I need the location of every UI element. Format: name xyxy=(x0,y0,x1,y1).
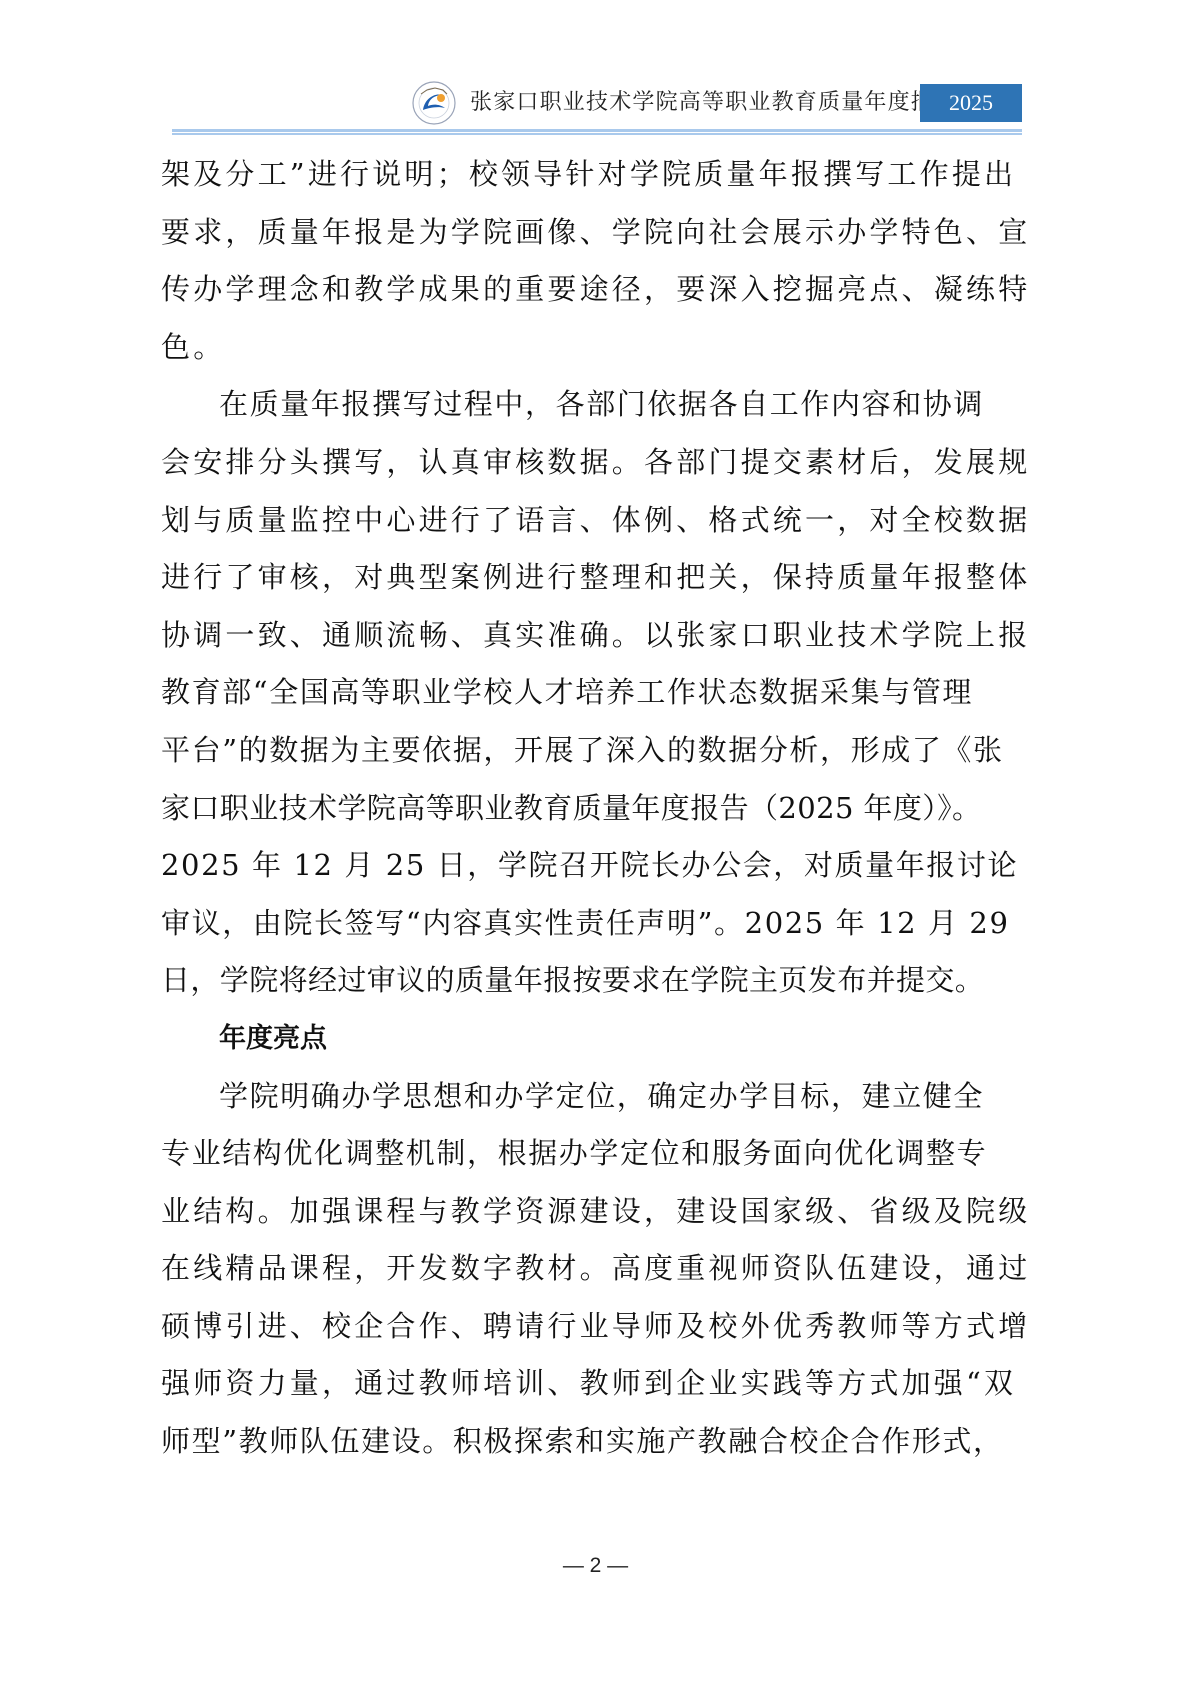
text-line: 划与质量监控中心进行了语言、体例、格式统一，对全校数据 xyxy=(161,492,1021,550)
text-line: 2025 年 12 月 25 日，学院召开院长办公会，对质量年报讨论 xyxy=(161,837,1021,895)
text-line: 强师资力量，通过教师培训、教师到企业实践等方式加强“双 xyxy=(161,1355,1021,1413)
paragraph-start: 学院明确办学思想和办学定位，确定办学目标，建立健全 xyxy=(161,1068,1021,1126)
page-number: — 2 — xyxy=(0,1554,1191,1578)
text-line: 传办学理念和教学成果的重要途径，要深入挖掘亮点、凝练特 xyxy=(161,261,1021,319)
text-line: 业结构。加强课程与教学资源建设，建设国家级、省级及院级 xyxy=(161,1183,1021,1241)
text-line: 进行了审核，对典型案例进行整理和把关，保持质量年报整体 xyxy=(161,549,1021,607)
text-line: 审议，由院长签写“内容真实性责任声明”。2025 年 12 月 29 xyxy=(161,895,1021,953)
text-line: 师型”教师队伍建设。积极探索和实施产教融合校企合作形式， xyxy=(161,1413,1021,1471)
text-line: 架及分工”进行说明；校领导针对学院质量年报撰写工作提出 xyxy=(161,146,1021,204)
paragraph-start: 在质量年报撰写过程中，各部门依据各自工作内容和协调 xyxy=(161,376,1021,434)
text-line: 专业结构优化调整机制，根据办学定位和服务面向优化调整专 xyxy=(161,1125,1021,1183)
text-line: 要求，质量年报是为学院画像、学院向社会展示办学特色、宣 xyxy=(161,204,1021,262)
text-line: 在线精品课程，开发数字教材。高度重视师资队伍建设，通过 xyxy=(161,1240,1021,1298)
text-line: 协调一致、通顺流畅、真实准确。以张家口职业技术学院上报 xyxy=(161,607,1021,665)
text-line: 硕博引进、校企合作、聘请行业导师及校外优秀教师等方式增 xyxy=(161,1298,1021,1356)
header-rule-top xyxy=(172,129,1022,132)
text-line: 教育部“全国高等职业学校人才培养工作状态数据采集与管理 xyxy=(161,664,1021,722)
text-line: 家口职业技术学院高等职业教育质量年度报告（2025 年度）》。 xyxy=(161,780,1021,838)
college-emblem-logo-icon xyxy=(409,80,459,126)
year-badge: 2025 xyxy=(920,84,1022,122)
section-heading: 年度亮点 xyxy=(161,1010,1021,1068)
document-body: 架及分工”进行说明；校领导针对学院质量年报撰写工作提出 要求，质量年报是为学院画… xyxy=(161,146,1021,1471)
header-rule-bottom xyxy=(172,133,1022,135)
page-header: 张家口职业技术学院高等职业教育质量年度报告 2025 xyxy=(0,0,1191,140)
report-title: 张家口职业技术学院高等职业教育质量年度报告 xyxy=(470,86,957,120)
text-line: 会安排分头撰写，认真审核数据。各部门提交素材后，发展规 xyxy=(161,434,1021,492)
text-line: 色。 xyxy=(161,319,1021,377)
text-line: 平台”的数据为主要依据，开展了深入的数据分析，形成了《张 xyxy=(161,722,1021,780)
text-line: 日，学院将经过审议的质量年报按要求在学院主页发布并提交。 xyxy=(161,952,1021,1010)
